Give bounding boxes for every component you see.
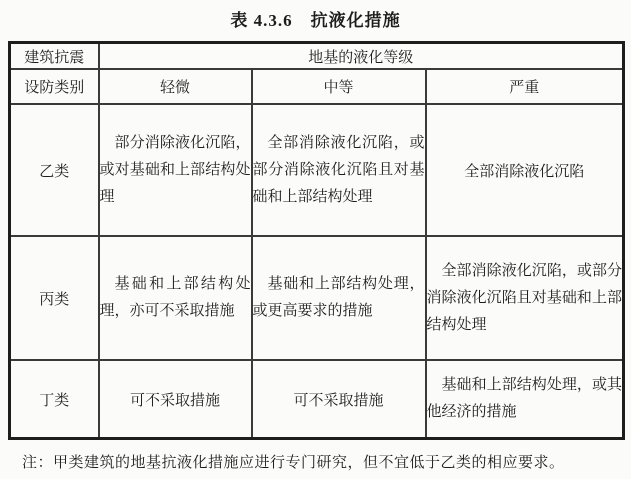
cell-class-b-severe: 全部消除液化沉陷 xyxy=(426,104,624,236)
table-title: 表 4.3.6 抗液化措施 xyxy=(0,0,631,31)
row-category-label: 丙类 xyxy=(10,236,99,360)
anti-liquefaction-measures-table: 建筑抗震 地基的液化等级 设防类别 轻微 中等 严重 乙类 部分消除液化沉陷，或… xyxy=(8,41,625,440)
header-level-severe: 严重 xyxy=(426,69,624,104)
cell-class-b-slight: 部分消除液化沉陷，或对基础和上部结构处理 xyxy=(99,104,252,236)
header-row-2: 设防类别 轻微 中等 严重 xyxy=(10,69,624,104)
cell-class-d-severe: 基础和上部结构处理，或其他经济的措施 xyxy=(426,360,624,439)
header-category-label-line2: 设防类别 xyxy=(10,69,99,104)
header-level-moderate: 中等 xyxy=(252,69,426,104)
header-level-slight: 轻微 xyxy=(99,69,252,104)
cell-class-b-moderate: 全部消除液化沉陷，或部分消除液化沉陷且对基础和上部结构处理 xyxy=(252,104,426,236)
row-category-label: 乙类 xyxy=(10,104,99,236)
table-footnote: 注：甲类建筑的地基抗液化措施应进行专门研究，但不宜低于乙类的相应要求。 xyxy=(22,451,631,472)
table-row-class-c: 丙类 基础和上部结构处理，亦可不采取措施 基础和上部结构处理，或更高要求的措施 … xyxy=(10,236,624,360)
scanned-document-page: 表 4.3.6 抗液化措施 建筑抗震 地基的液化等级 设防类别 轻微 中等 严重… xyxy=(0,0,631,479)
row-category-label: 丁类 xyxy=(10,360,99,439)
header-liquefaction-grade: 地基的液化等级 xyxy=(99,43,624,70)
table-row-class-d: 丁类 可不采取措施 可不采取措施 基础和上部结构处理，或其他经济的措施 xyxy=(10,360,624,439)
cell-class-c-moderate: 基础和上部结构处理，或更高要求的措施 xyxy=(252,236,426,360)
table-row-class-b: 乙类 部分消除液化沉陷，或对基础和上部结构处理 全部消除液化沉陷，或部分消除液化… xyxy=(10,104,624,236)
cell-class-c-severe: 全部消除液化沉陷，或部分消除液化沉陷且对基础和上部结构处理 xyxy=(426,236,624,360)
cell-class-c-slight: 基础和上部结构处理，亦可不采取措施 xyxy=(99,236,252,360)
cell-class-d-moderate: 可不采取措施 xyxy=(252,360,426,439)
header-category-label-line1: 建筑抗震 xyxy=(10,43,99,70)
cell-class-d-slight: 可不采取措施 xyxy=(99,360,252,439)
header-row-1: 建筑抗震 地基的液化等级 xyxy=(10,43,624,70)
